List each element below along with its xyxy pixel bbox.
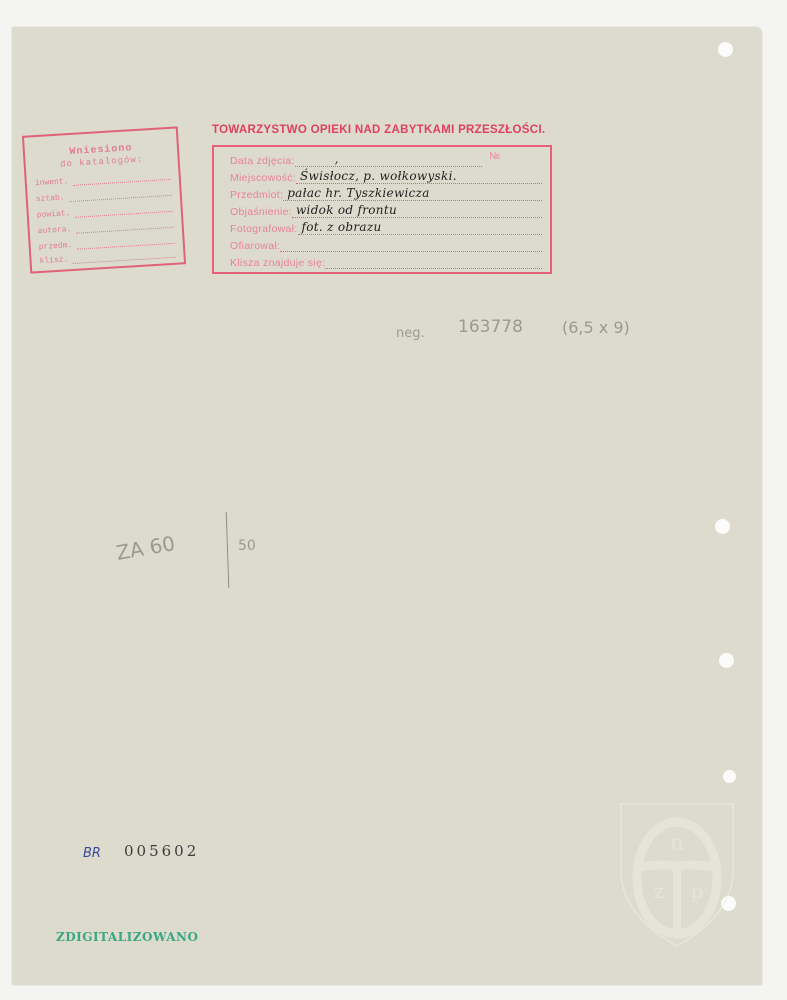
field-donor: Ofiarował: — [230, 236, 542, 252]
organization-title: TOWARZYSTWO OPIEKI NAD ZABYTKAMI PRZESZŁ… — [212, 124, 557, 136]
field-label: Klisza znajduje się: — [230, 257, 325, 269]
field-value: , — [335, 152, 339, 166]
field-label: Miejscowość: — [230, 172, 296, 184]
shelf-sub: 50 — [238, 538, 256, 554]
svg-text:z: z — [654, 879, 665, 903]
field-value: widok od frontu — [296, 203, 397, 217]
punch-hole — [718, 42, 733, 57]
field-photographer: Fotografował: fot. z obrazu — [230, 219, 542, 235]
catalog-stamp: Wniesiono do katalogów: inwent. sztab. p… — [22, 126, 186, 273]
catalog-field: inwent. — [35, 171, 171, 188]
catalog-field-label: inwent. — [35, 177, 69, 188]
br-prefix: BR — [83, 846, 101, 861]
punch-hole — [715, 519, 730, 534]
field-label: Objaśnienie: — [230, 206, 292, 218]
field-description: Objaśnienie: widok od frontu — [230, 202, 542, 218]
catalog-field-label: powiat. — [37, 209, 71, 220]
catalog-field-label: klisz. — [39, 255, 68, 266]
catalog-field: sztab. — [36, 187, 172, 204]
catalog-field: powiat. — [37, 203, 173, 220]
field-label: Ofiarował: — [230, 240, 280, 252]
field-value: pałac hr. Tyszkiewicza — [287, 186, 430, 200]
punch-hole — [723, 770, 736, 783]
catalog-field-label: autora. — [38, 225, 72, 236]
shield-monogram-icon: n z p — [617, 800, 737, 950]
neg-number: 163778 — [458, 317, 523, 337]
svg-text:p: p — [691, 879, 704, 903]
field-place: Miejscowość: Świsłocz, p. wołkowyski. — [230, 168, 542, 184]
field-label: Fotografował: — [230, 223, 298, 235]
photo-size: (6,5 x 9) — [562, 318, 630, 337]
field-negative-location: Klisza znajduje się: — [230, 253, 542, 269]
field-label: Przedmiot: — [230, 189, 283, 201]
catalog-field-label: przedm. — [39, 241, 73, 252]
field-value: fot. z obrazu — [302, 220, 382, 234]
neg-label: neg. — [396, 326, 425, 341]
catalog-field: autora. — [38, 219, 174, 236]
catalog-field: klisz. — [39, 249, 175, 266]
registration-stamp: Data zdjęcia: , № Miejscowość: Świsłocz,… — [212, 145, 552, 274]
catalog-field-label: sztab. — [36, 193, 65, 204]
digitized-stamp: ZDIGITALIZOWANO — [56, 930, 198, 944]
field-label: Data zdjęcia: — [230, 155, 295, 167]
br-number: 005602 — [124, 842, 199, 860]
field-value: Świsłocz, p. wołkowyski. — [300, 169, 457, 183]
field-subject: Przedmiot: pałac hr. Tyszkiewicza — [230, 185, 542, 201]
number-label: № — [489, 151, 500, 162]
punch-hole — [719, 653, 734, 668]
svg-text:n: n — [670, 831, 684, 856]
